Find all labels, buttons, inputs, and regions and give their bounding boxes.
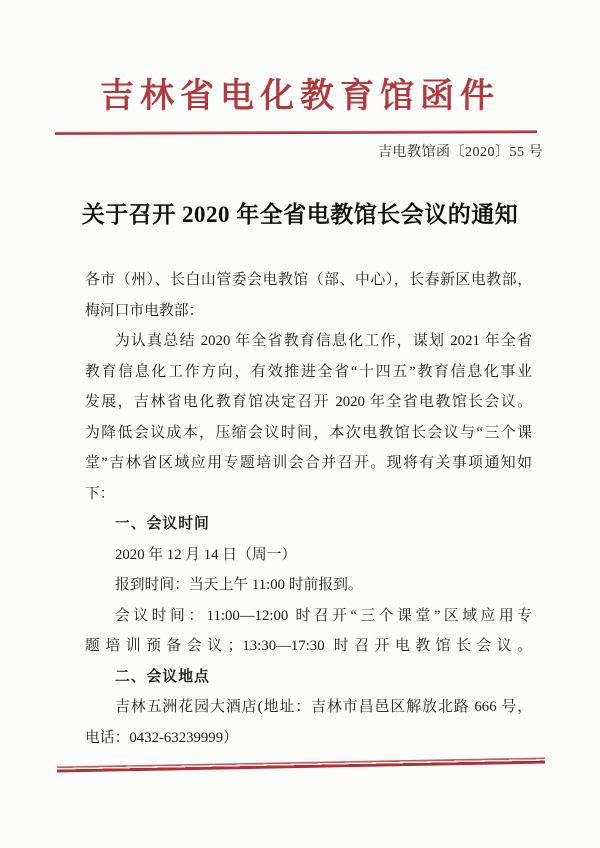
section-1-heading: 一、会议时间 xyxy=(85,509,532,540)
footer-divider xyxy=(57,758,545,773)
notice-body: 各市（州）、长白山管委会电教馆（部、中心），长春新区电教部， 梅河口市电教部： … xyxy=(85,265,532,753)
section-2-heading: 二、会议地点 xyxy=(85,662,532,693)
meeting-time-line-2: 题培训预备会议；13:30—17:30 时召开电教馆长会议。 xyxy=(85,631,532,662)
intro-paragraph-line: 发展，吉林省电化教育馆决定召开 2020 年全省电教馆长会议。 xyxy=(85,387,532,418)
document-number: 吉电教馆函〔2020〕55 号 xyxy=(378,141,543,161)
venue-line-2: 电话：0432-63239999） xyxy=(85,723,532,754)
intro-paragraph-line: 教育信息化工作方向，有效推进全省“十四五”教育信息化事业 xyxy=(85,357,532,388)
letterhead-title: 吉林省电化教育馆函件 xyxy=(0,68,600,117)
venue-line-1: 吉林五洲花园大酒店(地址：吉林市昌邑区解放北路 666 号， xyxy=(85,692,532,723)
letterhead-divider xyxy=(55,130,537,135)
meeting-date-line: 2020 年 12 月 14 日（周一） xyxy=(85,540,532,571)
intro-paragraph-line: 堂”吉林省区域应用专题培训会合并召开。现将有关事项通知如 xyxy=(85,448,532,479)
intro-paragraph-line: 为降低会议成本，压缩会议时间，本次电教馆长会议与“三个课 xyxy=(85,418,532,449)
checkin-time-line: 报到时间：当天上午 11:00 时前报到。 xyxy=(85,570,532,601)
intro-paragraph-line: 为认真总结 2020 年全省教育信息化工作，谋划 2021 年全省 xyxy=(85,326,532,357)
meeting-time-line-1: 会议时间：11:00—12:00 时召开“三个课堂”区域应用专 xyxy=(85,601,532,632)
recipient-line-1: 各市（州）、长白山管委会电教馆（部、中心），长春新区电教部， xyxy=(85,265,532,296)
intro-paragraph-line: 下： xyxy=(85,479,532,510)
recipient-line-2: 梅河口市电教部： xyxy=(85,296,532,327)
notice-title: 关于召开 2020 年全省电教馆长会议的通知 xyxy=(0,196,600,229)
scanned-document-page: 吉林省电化教育馆函件 吉电教馆函〔2020〕55 号 关于召开 2020 年全省… xyxy=(0,0,600,848)
